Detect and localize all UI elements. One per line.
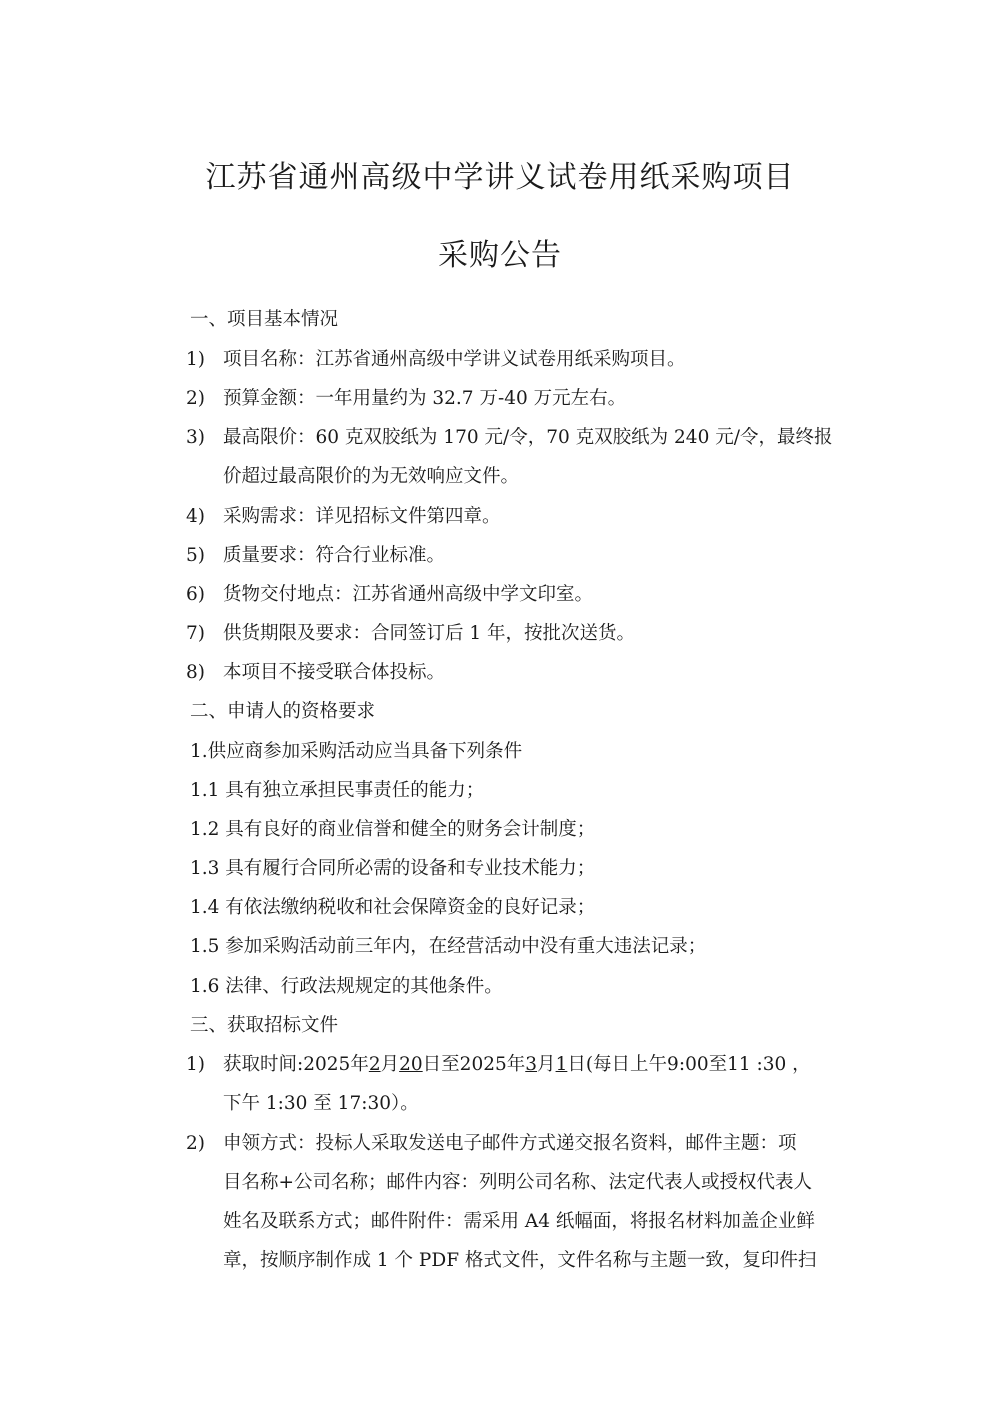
item-text: 本项目不接受联合体投标。 xyxy=(223,661,445,685)
item-number: 7) xyxy=(186,622,205,646)
item-text: 质量要求：符合行业标准。 xyxy=(223,544,445,568)
item-number: 2) xyxy=(186,387,205,411)
item-text: 最高限价：60 克双胶纸为 170 元/令，70 克双胶纸为 240 元/令，最… xyxy=(223,426,832,450)
item-number: 1) xyxy=(186,348,205,372)
item-text: 采购需求：详见招标文件第四章。 xyxy=(223,505,501,529)
document-subtitle: 采购公告 xyxy=(0,230,1000,274)
text-segment: 日至2025年 xyxy=(423,1054,526,1075)
end-month: 3 xyxy=(525,1054,537,1075)
item-text: 获取时间:2025年2月20日至2025年3月1日(每日上午9:00至11 :3… xyxy=(223,1053,811,1077)
list-item: 1.5 参加采购活动前三年内，在经营活动中没有重大违法记录； xyxy=(190,935,706,959)
item-number: 5) xyxy=(186,544,205,568)
list-item: 1.2 具有良好的商业信誉和健全的财务会计制度； xyxy=(190,818,595,842)
item-text: 项目名称：江苏省通州高级中学讲义试卷用纸采购项目。 xyxy=(223,348,686,372)
item-number: 6) xyxy=(186,583,205,607)
item-text-continued: 价超过最高限价的为无效响应文件。 xyxy=(223,465,519,489)
document-title: 江苏省通州高级中学讲义试卷用纸采购项目 xyxy=(0,152,1000,196)
item-number: 1) xyxy=(186,1053,205,1077)
item-text-continued: 姓名及联系方式；邮件附件：需采用 A4 纸幅面，将报名材料加盖企业鲜 xyxy=(223,1210,815,1234)
text-segment: 日(每日上午9:00至11 :30 ， xyxy=(567,1054,810,1075)
item-text: 供货期限及要求：合同签订后 1 年，按批次送货。 xyxy=(223,622,635,646)
item-text: 货物交付地点：江苏省通州高级中学文印室。 xyxy=(223,583,593,607)
list-item: 1.6 法律、行政法规规定的其他条件。 xyxy=(190,975,503,999)
end-day: 1 xyxy=(556,1054,568,1075)
list-item: 1.4 有依法缴纳税收和社会保障资金的良好记录； xyxy=(190,896,595,920)
item-text-continued: 目名称+公司名称；邮件内容：列明公司名称、法定代表人或授权代表人 xyxy=(223,1171,812,1195)
list-item: 1.3 具有履行合同所必需的设备和专业技术能力； xyxy=(190,857,595,881)
text-segment: 月 xyxy=(537,1054,556,1075)
item-number: 3) xyxy=(186,426,205,450)
section-intro: 1.供应商参加采购活动应当具备下列条件 xyxy=(190,740,522,764)
text-segment: 月 xyxy=(381,1054,400,1075)
list-item: 1.1 具有独立承担民事责任的能力； xyxy=(190,779,484,803)
section-heading: 二、申请人的资格要求 xyxy=(190,700,375,724)
item-text-continued: 下午 1:30 至 17:30）。 xyxy=(223,1092,419,1116)
item-text: 预算金额：一年用量约为 32.7 万-40 万元左右。 xyxy=(223,387,626,411)
start-month: 2 xyxy=(369,1054,381,1075)
text-segment: 获取时间:2025年 xyxy=(223,1054,369,1075)
item-number: 4) xyxy=(186,505,205,529)
start-day: 20 xyxy=(399,1054,423,1075)
item-number: 8) xyxy=(186,661,205,685)
item-text-continued: 章，按顺序制作成 1 个 PDF 格式文件，文件名称与主题一致，复印件扫 xyxy=(223,1249,816,1273)
item-text: 申领方式：投标人采取发送电子邮件方式递交报名资料，邮件主题：项 xyxy=(223,1132,797,1156)
section-heading: 一、项目基本情况 xyxy=(190,308,338,332)
item-number: 2) xyxy=(186,1132,205,1156)
section-heading: 三、获取招标文件 xyxy=(190,1014,338,1038)
